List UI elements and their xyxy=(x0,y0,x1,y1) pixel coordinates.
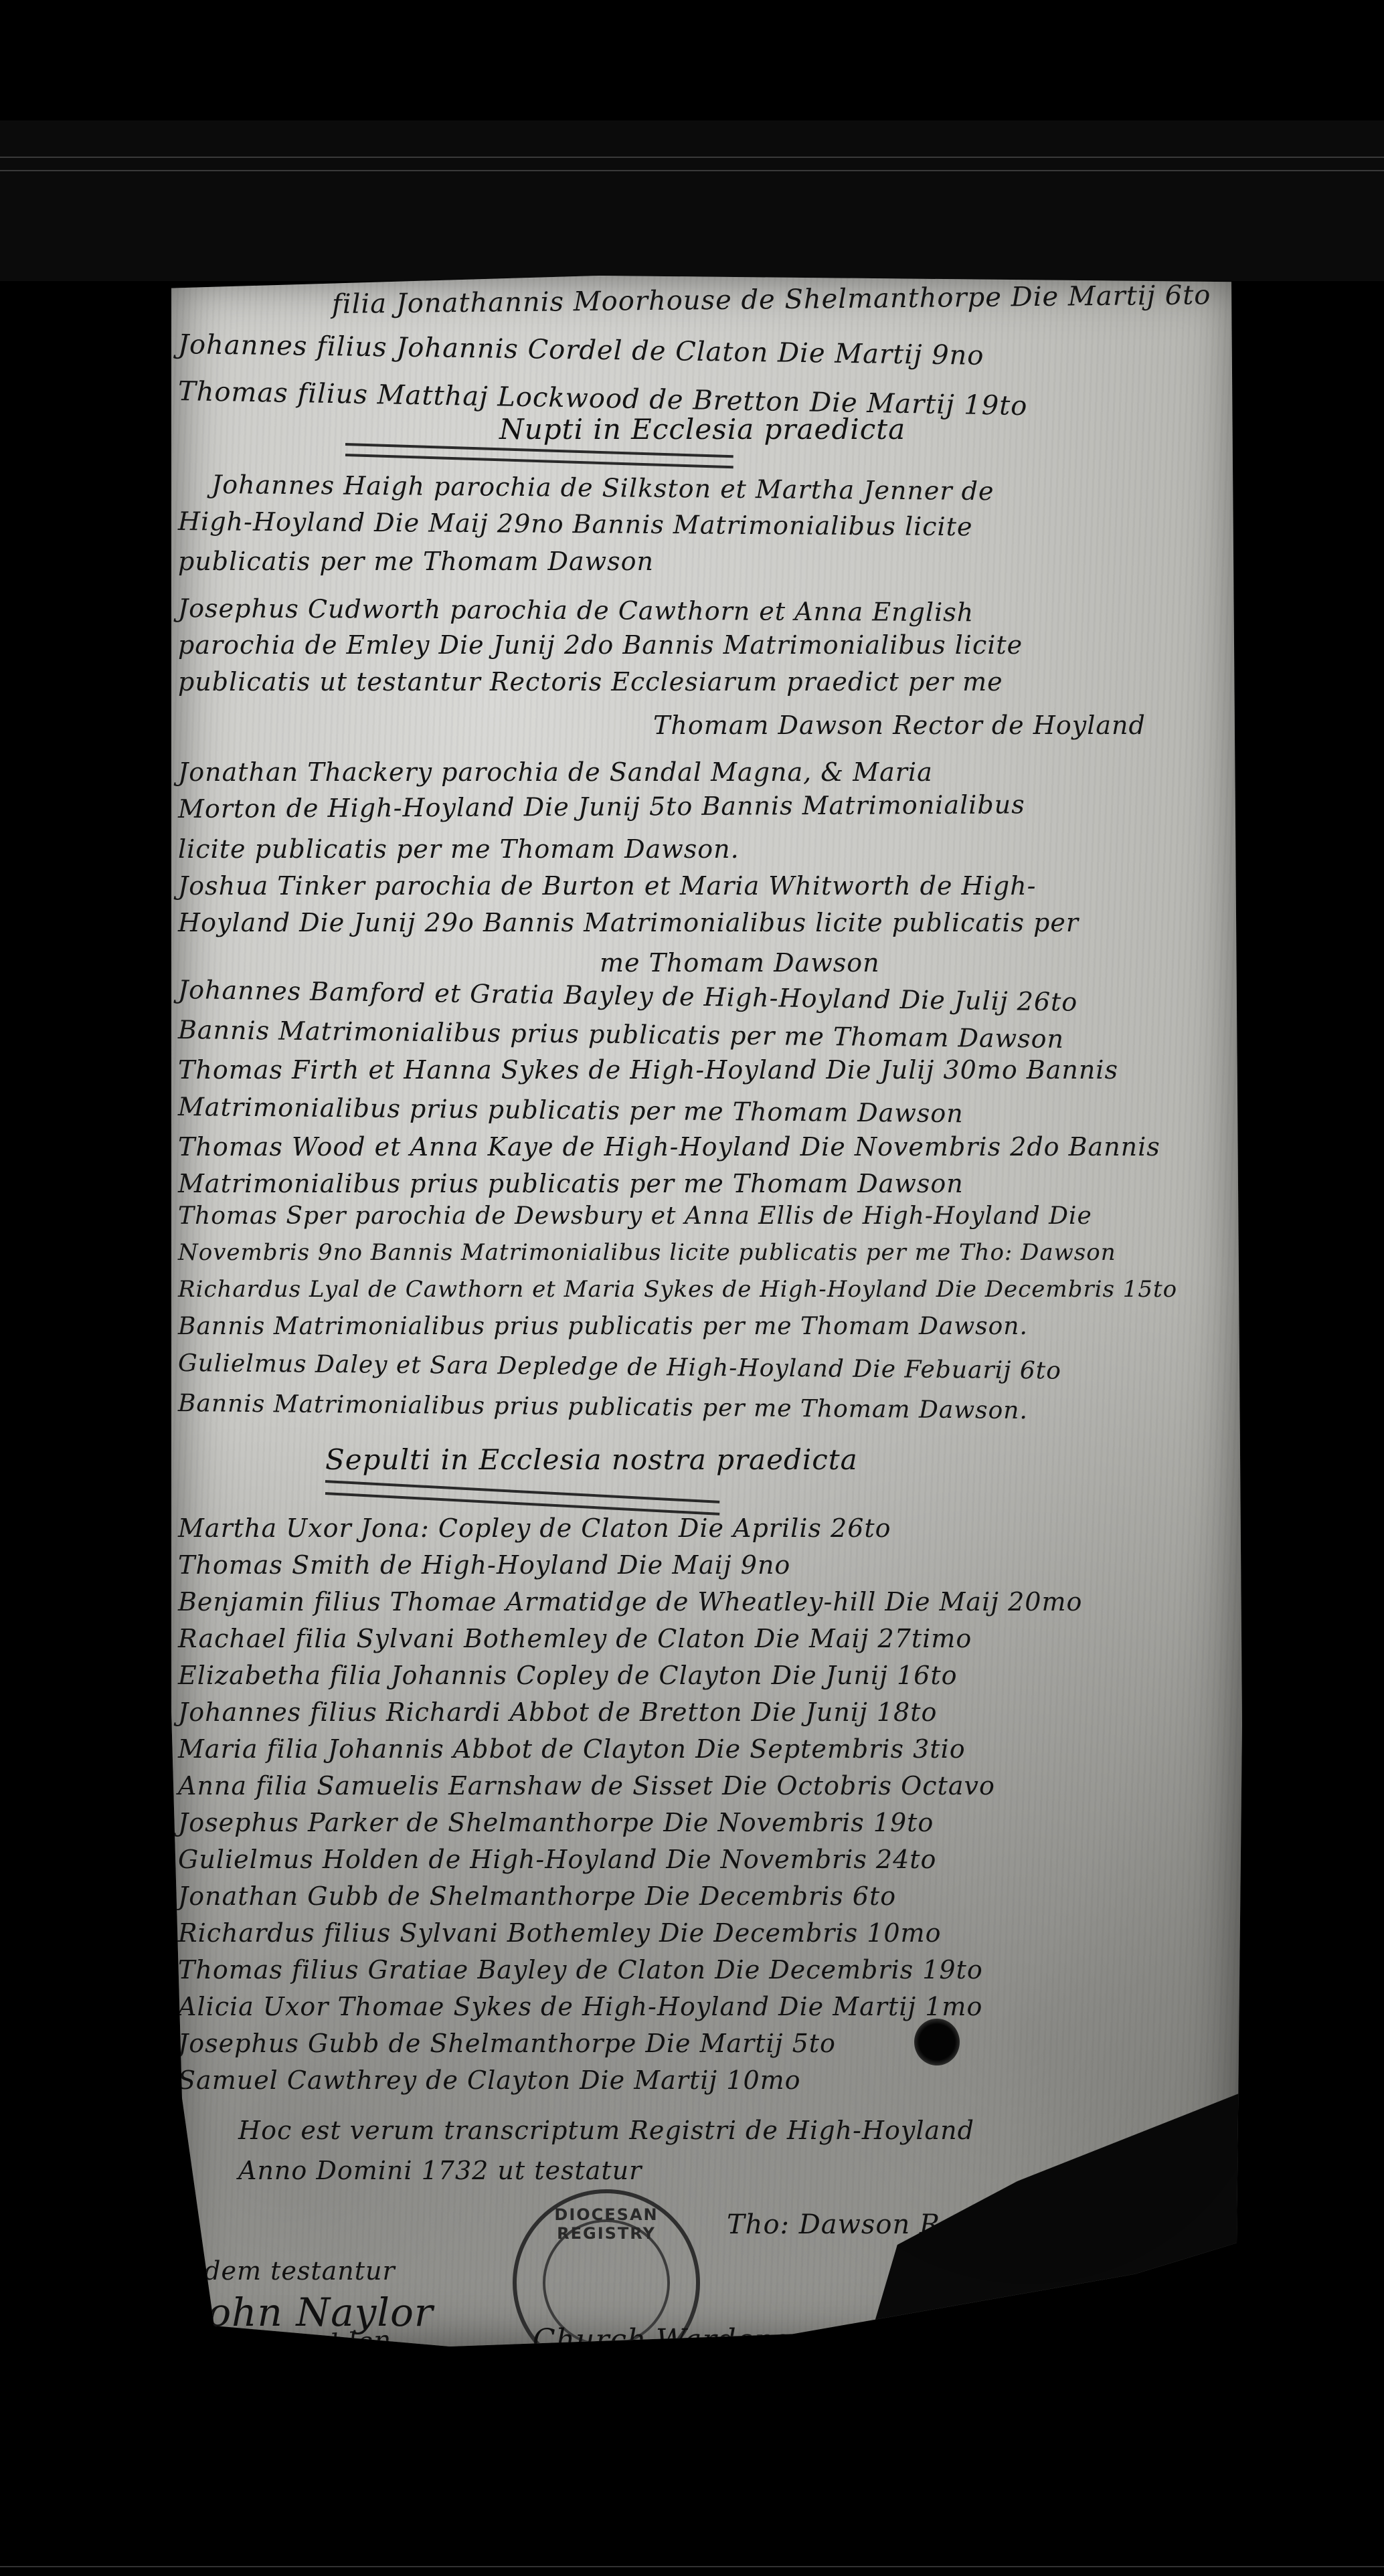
film-scratch xyxy=(0,170,1384,171)
marriage-line: Novembris 9no Bannis Matrimonialibus lic… xyxy=(178,1239,1116,1266)
burial-line: Richardus filius Sylvani Bothemley Die D… xyxy=(178,1918,941,1948)
marriage-line: Gulielmus Daley et Sara Depledge de High… xyxy=(178,1350,1061,1385)
burial-line: Anna filia Samuelis Earnshaw de Sisset D… xyxy=(178,1771,995,1801)
heading-underline xyxy=(325,1480,719,1503)
burial-line: Thomas filius Gratiae Bayley de Claton D… xyxy=(178,1955,983,1985)
film-scratch xyxy=(0,157,1384,158)
burial-line: Elizabetha filia Johannis Copley de Clay… xyxy=(178,1661,958,1690)
marriages-heading: Nupti in Ecclesia praedicta xyxy=(499,413,905,446)
burial-line: Johannes filius Richardi Abbot de Bretto… xyxy=(178,1697,937,1727)
marriage-line: Bannis Matrimonialibus prius publicatis … xyxy=(178,1313,1028,1340)
film-frame-band xyxy=(0,120,1384,281)
burial-line: Benjamin filius Thomae Armatidge de Whea… xyxy=(178,1587,1082,1617)
burial-line: Josephus Gubb de Shelmanthorpe Die Marti… xyxy=(178,2029,836,2058)
marriage-line: Jonathan Thackery parochia de Sandal Mag… xyxy=(178,757,933,787)
burial-line: Alicia Uxor Thomae Sykes de High-Hoyland… xyxy=(178,1992,982,2021)
marriage-line: Bannis Matrimonialibus prius publicatis … xyxy=(178,1390,1028,1424)
marriage-line: Matrimonialibus prius publicatis per me … xyxy=(178,1092,964,1128)
witness-label: Iidem testantur xyxy=(185,2256,396,2286)
marriage-line: Bannis Matrimonialibus prius publicatis … xyxy=(178,1015,1064,1054)
witness-signature: John Naylor xyxy=(191,2290,434,2335)
marriage-line: Richardus Lyal de Cawthorn et Maria Syke… xyxy=(178,1276,1177,1303)
marriage-line: parochia de Emley Die Junij 2do Bannis M… xyxy=(178,630,1023,660)
church-wardens-label: Church-Wardens xyxy=(533,2323,790,2357)
entry-line: filia Jonathannis Moorhouse de Shelmanth… xyxy=(332,280,1211,320)
marriage-line: Thomas Firth et Hanna Sykes de High-Hoyl… xyxy=(178,1055,1118,1085)
burial-line: Maria filia Johannis Abbot de Clayton Di… xyxy=(178,1734,966,1764)
heading-underline xyxy=(325,1492,719,1515)
marriage-line: High-Hoyland Die Maij 29no Bannis Matrim… xyxy=(178,507,973,541)
marriage-line: Johannes Bamford et Gratia Bayley de Hig… xyxy=(178,975,1078,1017)
attestation-line-2: Anno Domini 1732 ut testatur xyxy=(238,2156,642,2185)
marriage-line: Morton de High-Hoyland Die Junij 5to Ban… xyxy=(178,790,1025,824)
marriage-line: Johannes Haigh parochia de Silkston et M… xyxy=(211,470,994,506)
marriage-line: Josephus Cudworth parochia de Cawthorn e… xyxy=(178,593,974,627)
burial-line: Josephus Parker de Shelmanthorpe Die Nov… xyxy=(178,1808,934,1837)
marriage-line: publicatis ut testantur Rectoris Ecclesi… xyxy=(178,667,1003,697)
marriage-line: Matrimonialibus prius publicatis per me … xyxy=(178,1169,964,1198)
film-scratch xyxy=(0,2566,1384,2567)
marriage-line: Joshua Tinker parochia de Burton et Mari… xyxy=(178,871,1036,901)
marriage-line: Thomas Wood et Anna Kaye de High-Hoyland… xyxy=(178,1132,1160,1162)
marriage-line: licite publicatis per me Thomam Dawson. xyxy=(178,834,740,864)
burial-line: Jonathan Gubb de Shelmanthorpe Die Decem… xyxy=(178,1881,896,1911)
marriage-line: Thomas Sper parochia de Dewsbury et Anna… xyxy=(178,1202,1092,1230)
burial-line: Martha Uxor Jona: Copley de Claton Die A… xyxy=(178,1513,891,1543)
burial-line: Rachael filia Sylvani Bothemley de Clato… xyxy=(178,1624,972,1653)
stamp-bottom-text: YORK xyxy=(517,2347,696,2363)
witness-signature: Joh: Holden xyxy=(224,2325,392,2367)
burial-line: Samuel Cawthrey de Clayton Die Martij 10… xyxy=(178,2065,801,2095)
marriage-line: Thomam Dawson Rector de Hoyland xyxy=(653,711,1146,740)
film-frame-top xyxy=(0,0,1384,120)
burial-line: Thomas Smith de High-Hoyland Die Maij 9n… xyxy=(178,1550,790,1580)
stamp-top-text: DIOCESAN REGISTRY xyxy=(517,2205,696,2243)
burials-heading: Sepulti in Ecclesia nostra praedicta xyxy=(325,1443,858,1476)
burial-line: Gulielmus Holden de High-Hoyland Die Nov… xyxy=(178,1845,936,1874)
marriage-line: me Thomam Dawson xyxy=(600,948,880,978)
entry-line: Johannes filius Johannis Cordel de Clato… xyxy=(178,329,984,371)
marriage-line: Hoyland Die Junij 29o Bannis Matrimonial… xyxy=(178,908,1079,937)
attestation-line-1: Hoc est verum transcriptum Registri de H… xyxy=(238,2116,974,2145)
ink-blot xyxy=(914,2019,960,2065)
register-page: filia Jonathannis Moorhouse de Shelmanth… xyxy=(171,276,1242,2347)
diocesan-registry-stamp: DIOCESAN REGISTRY YORK xyxy=(513,2189,700,2377)
marriage-line: publicatis per me Thomam Dawson xyxy=(178,547,654,576)
